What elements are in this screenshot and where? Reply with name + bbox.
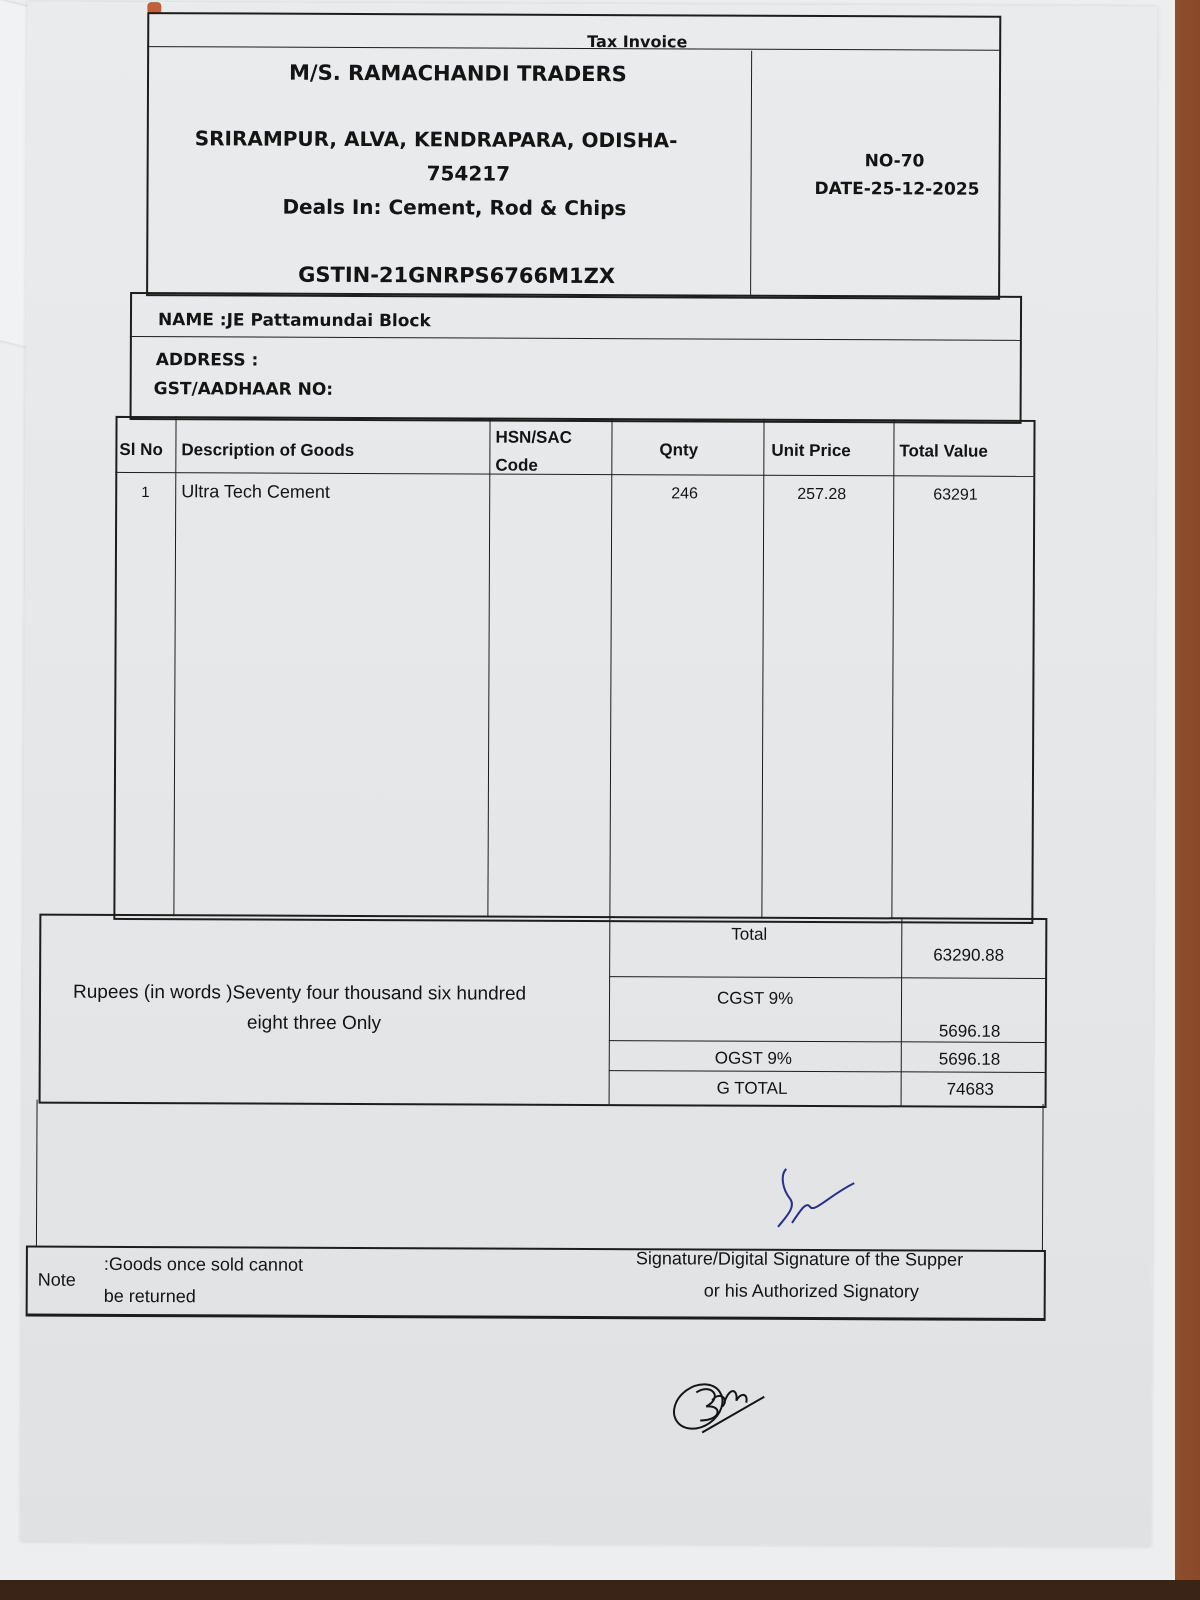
seller-address-line1: SRIRAMPUR, ALVA, KENDRAPARA, ODISHA- [195,126,678,152]
header-qty: Qnty [659,440,698,460]
header-total-value: Total Value [899,441,988,461]
header-unit-price: Unit Price [771,441,850,461]
cgst-value: 5696.18 [939,1022,1001,1042]
row-description: Ultra Tech Cement [181,481,330,503]
buyer-address-label: ADDRESS : [156,350,259,370]
signature-area-left [36,1100,38,1246]
buyer-gst-label: GST/AADHAAR NO: [154,379,334,400]
header-description: Description of Goods [181,440,354,461]
header-hsn-line1: HSN/SAC [495,428,572,448]
grand-total-value: 74683 [947,1080,994,1100]
header-sl-no: Sl No [119,440,163,460]
buyer-name: NAME :JE Pattamundai Block [158,310,431,331]
signature-area-right [1042,1104,1044,1250]
signature-caption-line1: Signature/Digital Signature of the Suppe… [636,1248,963,1270]
dark-surface [0,1580,1200,1600]
seller-name: M/S. RAMACHANDI TRADERS [289,61,627,86]
row-total-value: 63291 [933,486,978,504]
header-hsn-line2: Code [495,456,538,476]
cgst-label: CGST 9% [717,989,793,1009]
signature-caption-line2: or his Authorized Signatory [704,1281,919,1303]
invoice-sheet: Tax Invoice M/S. RAMACHANDI TRADERS SRIR… [21,2,1158,1547]
grand-total-label: G TOTAL [717,1079,788,1099]
total-value: 63290.88 [933,946,1004,966]
row-qty: 246 [671,485,698,503]
note-line2: be returned [104,1286,196,1307]
summary-frame [39,914,1048,1108]
ogst-label: OGST 9% [715,1049,792,1069]
total-label: Total [731,925,767,945]
authorized-signature-icon [770,1165,860,1235]
ogst-value: 5696.18 [939,1050,1001,1070]
seller-deals-in: Deals In: Cement, Rod & Chips [282,195,626,221]
seller-address-line2: 754217 [427,161,511,185]
row-unit-price: 257.28 [797,486,846,504]
seller-gstin: GSTIN-21GNRPS6766M1ZX [298,263,615,288]
invoice-date: DATE-25-12-2025 [815,179,980,200]
amount-in-words-line2: eight three Only [247,1013,381,1036]
row-sl-no: 1 [141,484,149,501]
invoice-number: NO-70 [865,151,915,171]
amount-in-words-line1: Rupees (in words )Seventy four thousand … [73,982,526,1006]
note-label: Note [38,1270,76,1291]
note-line1: :Goods once sold cannot [104,1254,303,1276]
document-type: Tax Invoice [587,32,687,51]
received-signature-icon [666,1362,776,1442]
